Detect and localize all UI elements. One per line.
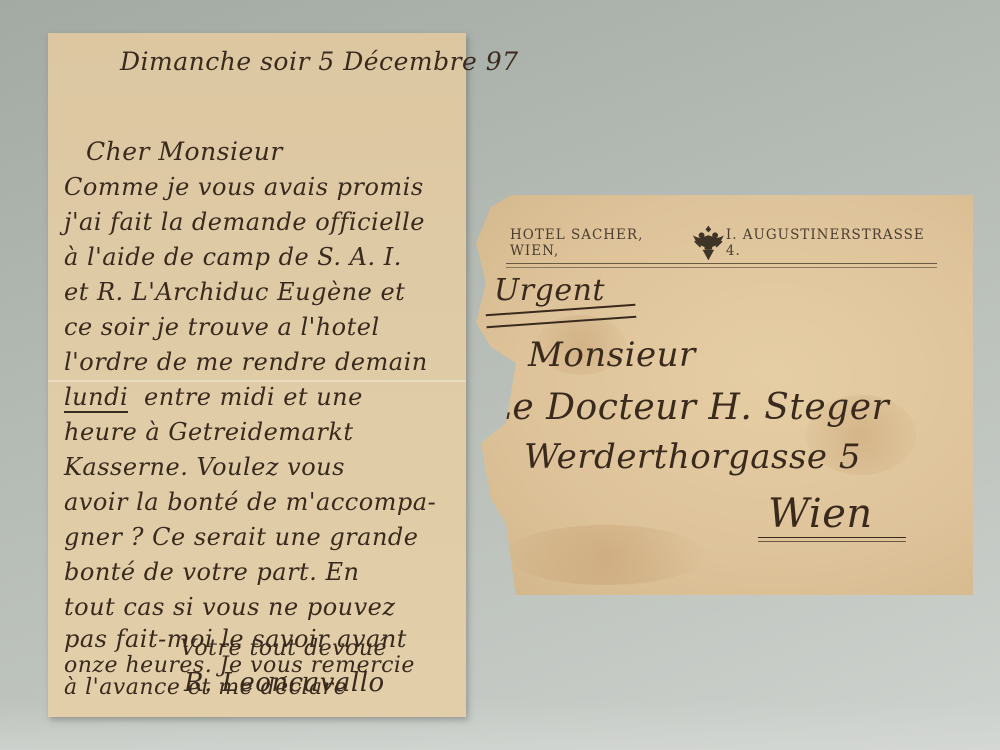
letter-line-rest: entre midi et une — [144, 383, 363, 411]
letter-salutation: Cher Monsieur — [86, 137, 283, 166]
letterhead-hotel-name: HOTEL SACHER, WIEN, — [510, 227, 691, 259]
letter-date: Dimanche soir 5 Décembre 97 — [120, 47, 519, 76]
letter-line: Kasserne. Voulez vous — [64, 453, 345, 481]
letter-signature: R. Leoncavallo — [184, 668, 385, 698]
address-line-salutation: Monsieur — [528, 335, 696, 375]
letter-line: l'ordre de me rendre demain — [64, 348, 428, 376]
envelope: HOTEL SACHER, WIEN, I. AUGUSTINERSTRASSE… — [476, 195, 973, 595]
letter-closing: Votre tout devoué — [180, 636, 387, 661]
letter-line: avoir la bonté de m'accompa- — [64, 488, 436, 516]
letter-line: et R. L'Archiduc Eugène et — [64, 278, 405, 306]
city-underline — [758, 537, 906, 542]
letter-line: tout cas si vous ne pouvez — [64, 593, 396, 621]
address-line-city: Wien — [768, 491, 873, 537]
envelope-letterhead: HOTEL SACHER, WIEN, I. AUGUSTINERSTRASSE… — [510, 225, 937, 261]
double-headed-eagle-crest-icon — [691, 223, 726, 263]
letterhead-address: I. AUGUSTINERSTRASSE 4. — [726, 227, 937, 259]
paper-stain — [506, 525, 706, 585]
letter-line: bonté de votre part. En — [64, 558, 359, 586]
letter-line: à l'aide de camp de S. A. I. — [64, 243, 402, 271]
underlined-word: lundi — [64, 383, 128, 413]
letter-line: heure à Getreidemarkt — [64, 418, 354, 446]
letter-line: Comme je vous avais promis — [64, 173, 424, 201]
letter-fold-crease — [48, 380, 466, 382]
urgent-note: Urgent — [494, 273, 605, 308]
letter-line-underlined: lundi — [64, 383, 128, 411]
address-line-street: Werderthorgasse 5 — [524, 437, 861, 477]
letter-line: j'ai fait la demande officielle — [64, 208, 425, 236]
letter-line: gner ? Ce serait une grande — [64, 523, 418, 551]
letterhead-rule — [506, 263, 937, 268]
address-line-name: Le Docteur H. Steger — [488, 387, 889, 428]
letter-line: ce soir je trouve a l'hotel — [64, 313, 380, 341]
handwritten-letter: Dimanche soir 5 Décembre 97 Cher Monsieu… — [48, 33, 466, 717]
